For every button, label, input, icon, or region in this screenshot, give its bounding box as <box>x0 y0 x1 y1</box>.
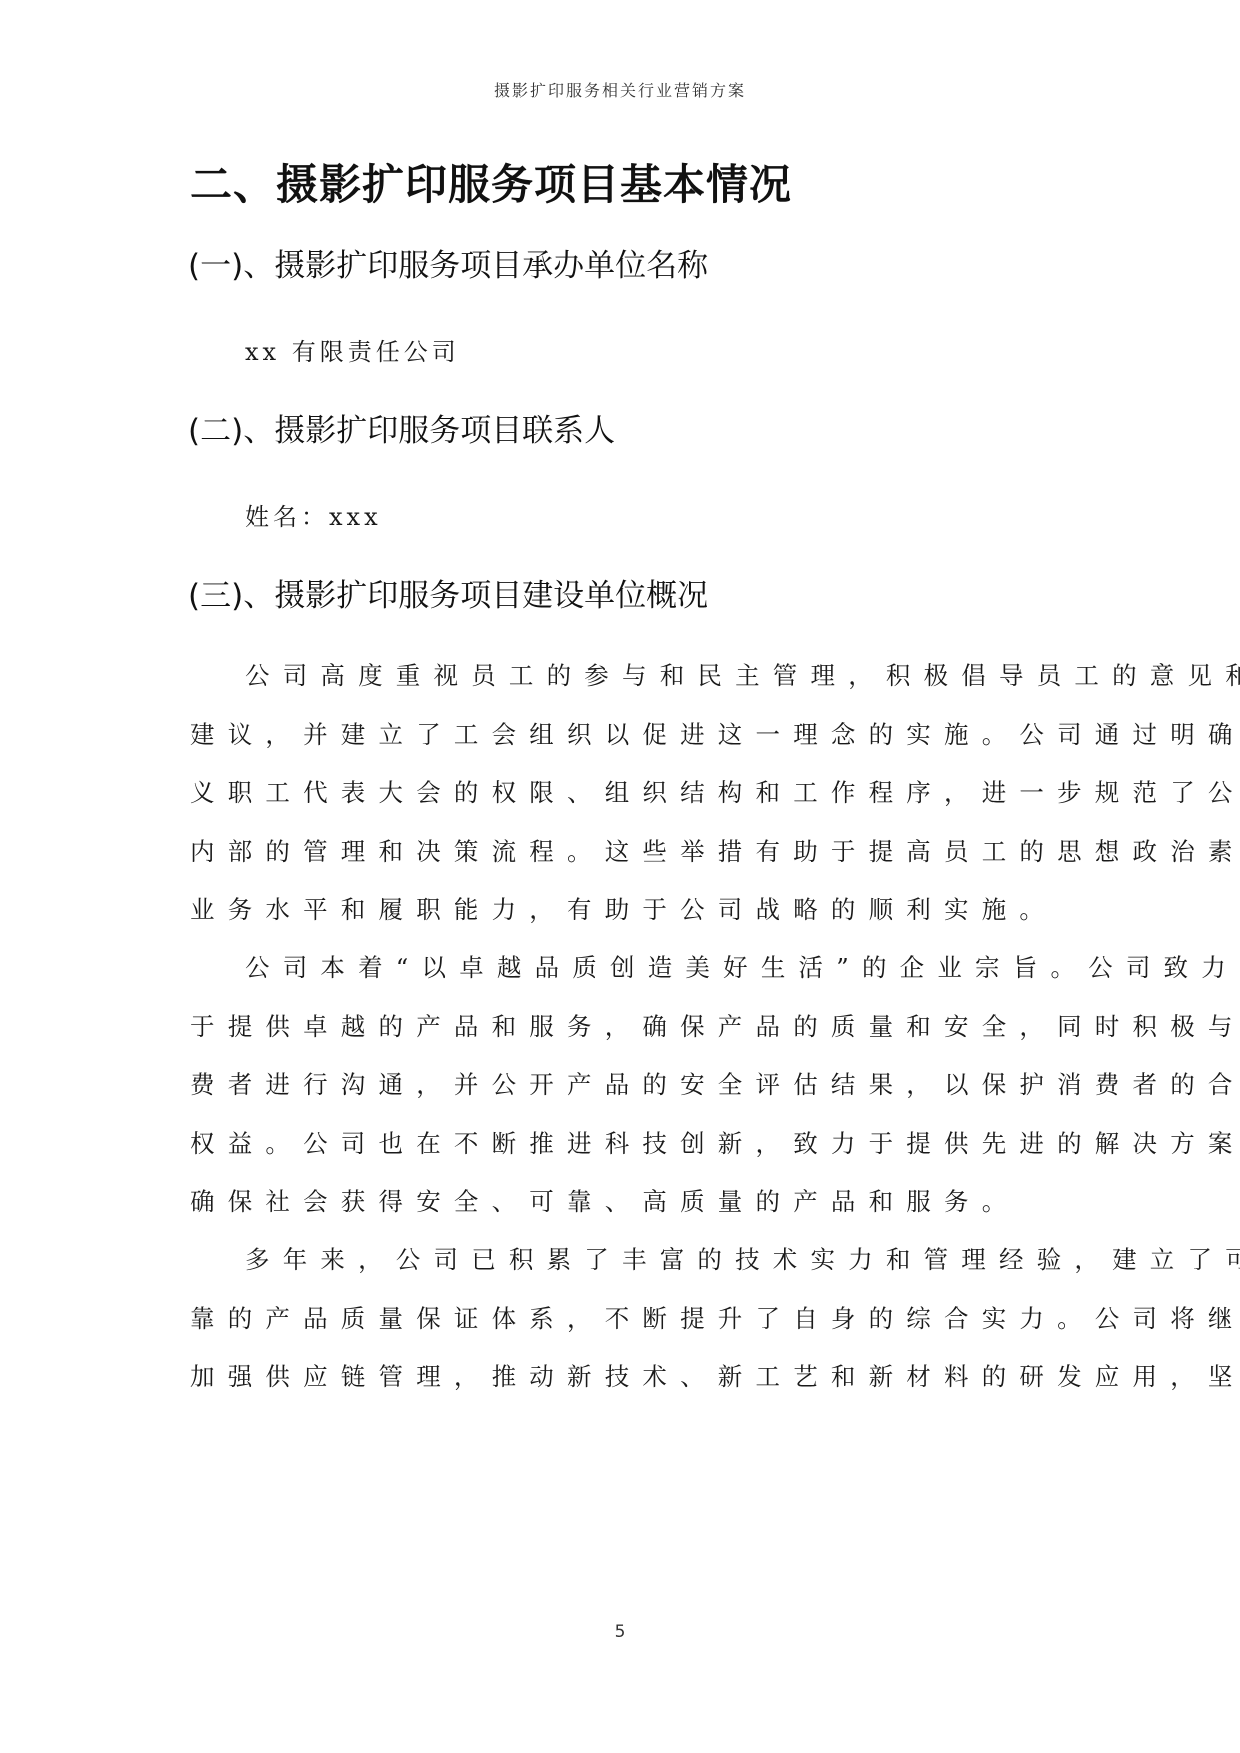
paragraph-line: 建议，并建立了工会组织以促进这一理念的实施。公司通过明确定 <box>190 706 1060 765</box>
paragraph-line: 义职工代表大会的权限、组织结构和工作程序，进一步规范了公司 <box>190 764 1060 823</box>
paragraph-2: 公司本着“以卓越品质创造美好生活”的企业宗旨。公司致力 于提供卓越的产品和服务，… <box>190 939 1060 1232</box>
paragraph-1: 公司高度重视员工的参与和民主管理，积极倡导员工的意见和 建议，并建立了工会组织以… <box>190 647 1060 940</box>
page-number: 5 <box>0 1622 1240 1642</box>
paragraph-line: 权益。公司也在不断推进科技创新，致力于提供先进的解决方案， <box>190 1115 1060 1174</box>
paragraph-line: 加强供应链管理，推动新技术、新工艺和新材料的研发应用，坚持 <box>190 1348 1060 1407</box>
company-name: xx 有限责任公司 <box>245 332 460 367</box>
paragraph-line: 费者进行沟通，并公开产品的安全评估结果，以保护消费者的合法 <box>190 1056 1060 1115</box>
paragraph-3: 多年来，公司已积累了丰富的技术实力和管理经验，建立了可 靠的产品质量保证体系，不… <box>190 1231 1060 1407</box>
running-header: 摄影扩印服务相关行业营销方案 <box>0 78 1240 101</box>
paragraph-line: 内部的管理和决策流程。这些举措有助于提高员工的思想政治素质、 <box>190 823 1060 882</box>
section-heading-1: (一)、摄影扩印服务项目承办单位名称 <box>188 240 708 285</box>
paragraph-line: 确保社会获得安全、可靠、高质量的产品和服务。 <box>190 1173 1060 1232</box>
section-heading-2: (二)、摄影扩印服务项目联系人 <box>188 405 615 450</box>
paragraph-line: 公司本着“以卓越品质创造美好生活”的企业宗旨。公司致力 <box>190 939 1060 998</box>
paragraph-line: 靠的产品质量保证体系，不断提升了自身的综合实力。公司将继续 <box>190 1290 1060 1349</box>
paragraph-line: 公司高度重视员工的参与和民主管理，积极倡导员工的意见和 <box>190 647 1060 706</box>
section-heading-3: (三)、摄影扩印服务项目建设单位概况 <box>188 570 708 615</box>
paragraph-line: 多年来，公司已积累了丰富的技术实力和管理经验，建立了可 <box>190 1231 1060 1290</box>
paragraph-line: 业务水平和履职能力，有助于公司战略的顺利实施。 <box>190 881 1060 940</box>
paragraph-line: 于提供卓越的产品和服务，确保产品的质量和安全，同时积极与消 <box>190 998 1060 1057</box>
chapter-title: 二、摄影扩印服务项目基本情况 <box>190 152 792 212</box>
contact-name: 姓名：xxx <box>245 497 382 532</box>
